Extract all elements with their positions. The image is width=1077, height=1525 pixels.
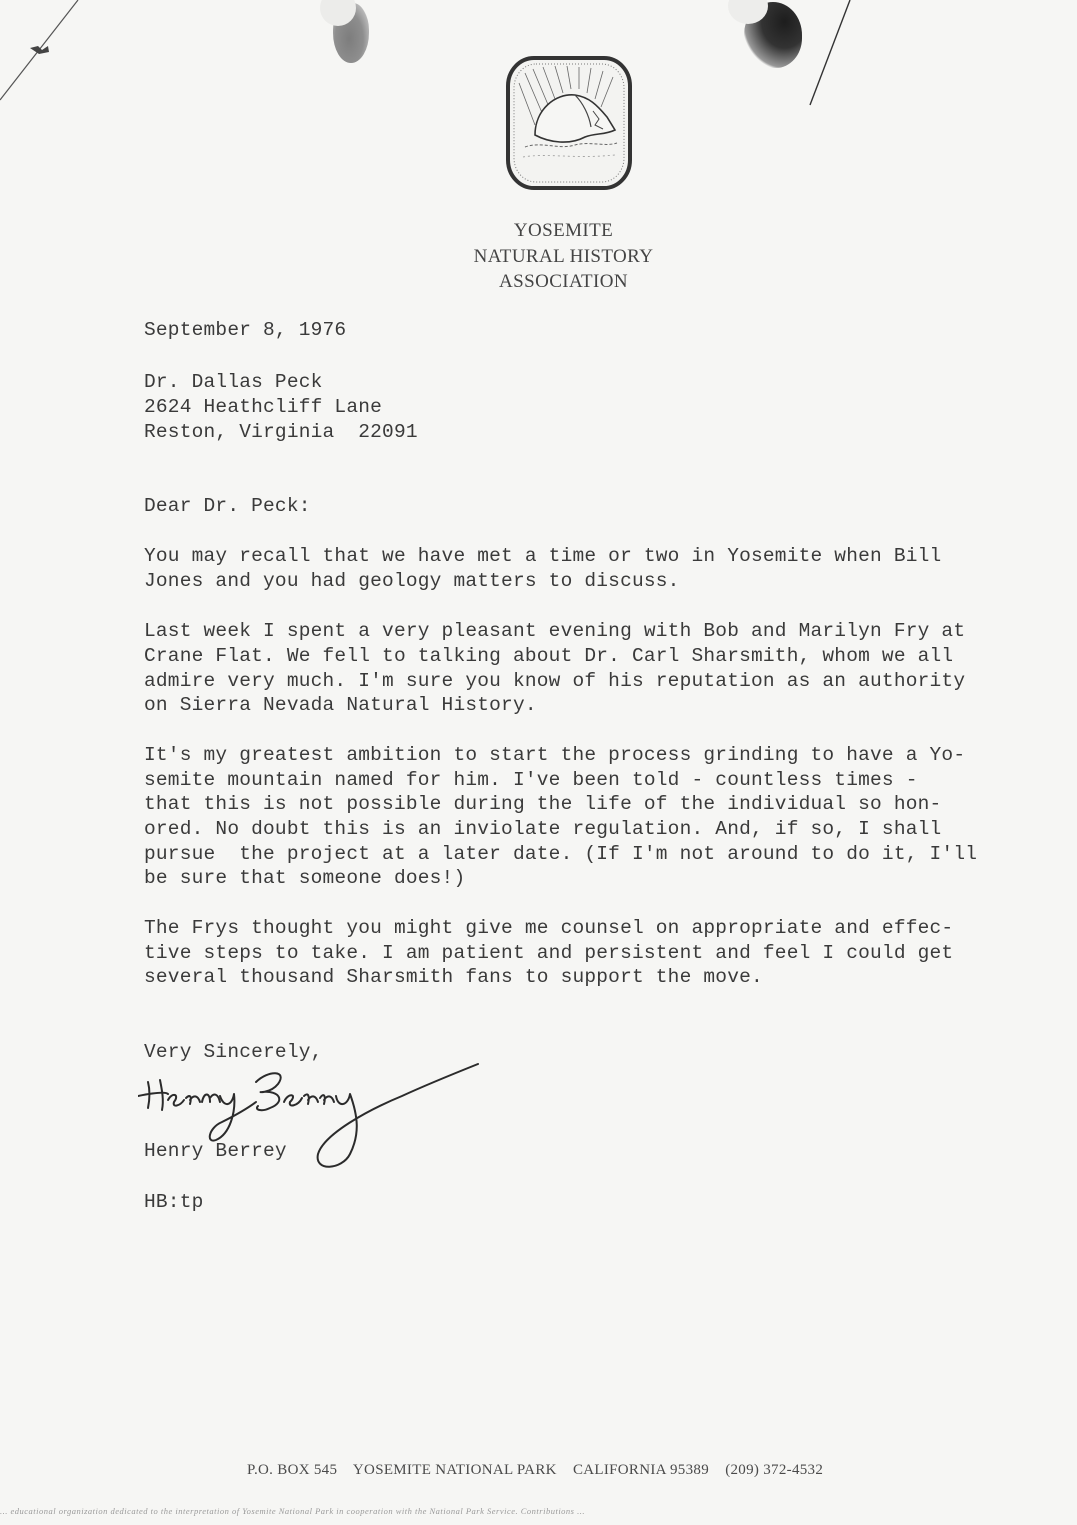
paragraph-line: The Frys thought you might give me couns… [144, 917, 953, 939]
paragraph-line: several thousand Sharsmith fans to suppo… [144, 966, 763, 988]
closing: Very Sincerely, [144, 1041, 323, 1063]
org-name-line-2: NATURAL HISTORY [0, 244, 1077, 270]
half-dome-logo-icon [505, 55, 633, 191]
reference-initials: HB:tp [144, 1191, 204, 1213]
paragraph-line: ored. No doubt this is an inviolate regu… [144, 818, 941, 840]
footer-fine-print: ... educational organization dedicated t… [0, 1506, 1077, 1516]
letter-date: September 8, 1976 [144, 319, 346, 341]
paragraph-line: You may recall that we have met a time o… [144, 545, 941, 567]
paragraph-line: Jones and you had geology matters to dis… [144, 570, 680, 592]
paragraph-line: Last week I spent a very pleasant evenin… [144, 620, 965, 642]
paragraph-line: semite mountain named for him. I've been… [144, 769, 918, 791]
typed-signature-name: Henry Berrey [144, 1140, 287, 1162]
paragraph-line: tive steps to take. I am patient and per… [144, 942, 953, 964]
paragraph-line: Crane Flat. We fell to talking about Dr.… [144, 645, 953, 667]
recipient-name: Dr. Dallas Peck [144, 371, 323, 393]
letterhead-org-name: YOSEMITE NATURAL HISTORY ASSOCIATION [0, 218, 1077, 295]
paragraph-line: that this is not possible during the lif… [144, 793, 941, 815]
letter-page: YOSEMITE NATURAL HISTORY ASSOCIATION Sep… [0, 0, 1077, 1525]
salutation: Dear Dr. Peck: [144, 495, 311, 517]
paragraph-line: It's my greatest ambition to start the p… [144, 744, 965, 766]
footer-address: P.O. BOX 545 YOSEMITE NATIONAL PARK CALI… [247, 1462, 823, 1479]
paragraph-line: admire very much. I'm sure you know of h… [144, 670, 965, 692]
recipient-street: 2624 Heathcliff Lane [144, 396, 382, 418]
org-name-line-1: YOSEMITE [0, 218, 1077, 244]
paragraph-line: on Sierra Nevada Natural History. [144, 694, 537, 716]
org-name-line-3: ASSOCIATION [0, 269, 1077, 295]
recipient-city-state-zip: Reston, Virginia 22091 [144, 421, 418, 443]
paragraph-line: pursue the project at a later date. (If … [144, 843, 977, 865]
paragraph-line: be sure that someone does!) [144, 867, 465, 889]
